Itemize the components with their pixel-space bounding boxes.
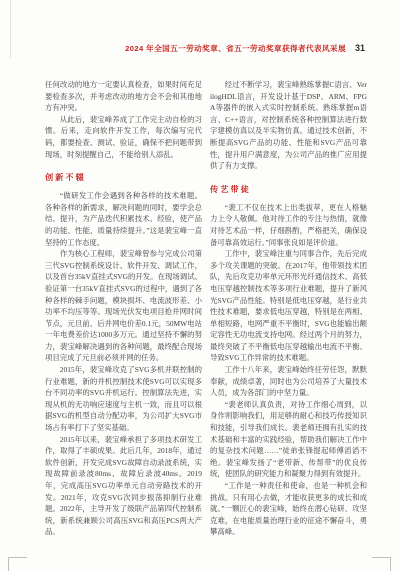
body-paragraph: 工作十八年来，裴宝峰始终任劳任怨，默默奉献，成绩卓著，同时也为公司培养了大量技术…	[210, 364, 367, 399]
body-paragraph: 作为核心工程师，裴宝峰曾参与完成公司第三代SVG控制系统设计、软件开发、调试工作…	[45, 248, 202, 364]
running-head-title: 2024 年全国五一劳动奖章、省五一劳动奖章获得者代表风采展	[125, 44, 346, 53]
body-paragraph: 任何改动的地方一定要认真检查，如果时间充足要检查多次，并考虑改动的地方会不会和其…	[45, 79, 202, 114]
body-paragraph: 工作中，裴宝峰注重与同事合作，先后完成多个攻关课题的突破。在2017年，他带领技…	[210, 248, 367, 364]
page-number: 31	[355, 43, 365, 53]
body-paragraph: “裴老师认真负责，对待工作细心周到，以身作则影响我们，用足够的耐心和技巧传授知识…	[210, 399, 367, 480]
page-header: 2024 年全国五一劳动奖章、省五一劳动奖章获得者代表风采展31	[45, 38, 365, 56]
crop-mark-bottom-left	[8, 557, 27, 571]
section-heading: 传艺带徒	[210, 184, 367, 195]
text-column-right: 经过不断学习，裴宝峰熟练掌握C语言、VerilogHDL语言，开发设计基于DSP…	[210, 79, 367, 538]
section-heading: 创新不辍	[45, 172, 202, 183]
body-paragraph: 2015年，裴宝峰攻克了SVG多机并联控制的行业难题，新的并机控制技术使SVG可…	[45, 364, 202, 434]
body-paragraph: 2015年以来，裴宝峰承担了多项技术研发工作，取得了丰硕成果。此后几年，2018…	[45, 434, 202, 538]
text-column-left: 任何改动的地方一定要认真检查，如果时间充足要检查多次，并考虑改动的地方会不会和其…	[45, 79, 202, 538]
body-paragraph: 从此后，裴宝峰养成了工作完主动自检的习惯。后来，走向软件开发工作，每次编写完代码…	[45, 114, 202, 160]
body-paragraph: “工作是一种责任和使命，也是一种机会和挑战。只有用心去做，才能收获更多的成长和成…	[210, 480, 367, 538]
page-edge-line	[10, 0, 11, 58]
page-body: 任何改动的地方一定要认真检查，如果时间充足要检查多次，并考虑改动的地方会不会和其…	[45, 79, 367, 538]
crop-mark-bottom-right	[372, 557, 391, 571]
body-paragraph: “做研发工作会遇到各种各样的技术难题。各种各样的新需求，解决问题的同时，要学会总…	[45, 190, 202, 248]
body-paragraph: 经过不断学习，裴宝峰熟练掌握C语言、VerilogHDL语言，开发设计基于DSP…	[210, 79, 367, 172]
body-paragraph: “裴工不仅在技术上出类拔萃，更在人格魅力上令人敬佩。他对待工作的专注与热情，就像…	[210, 202, 367, 248]
